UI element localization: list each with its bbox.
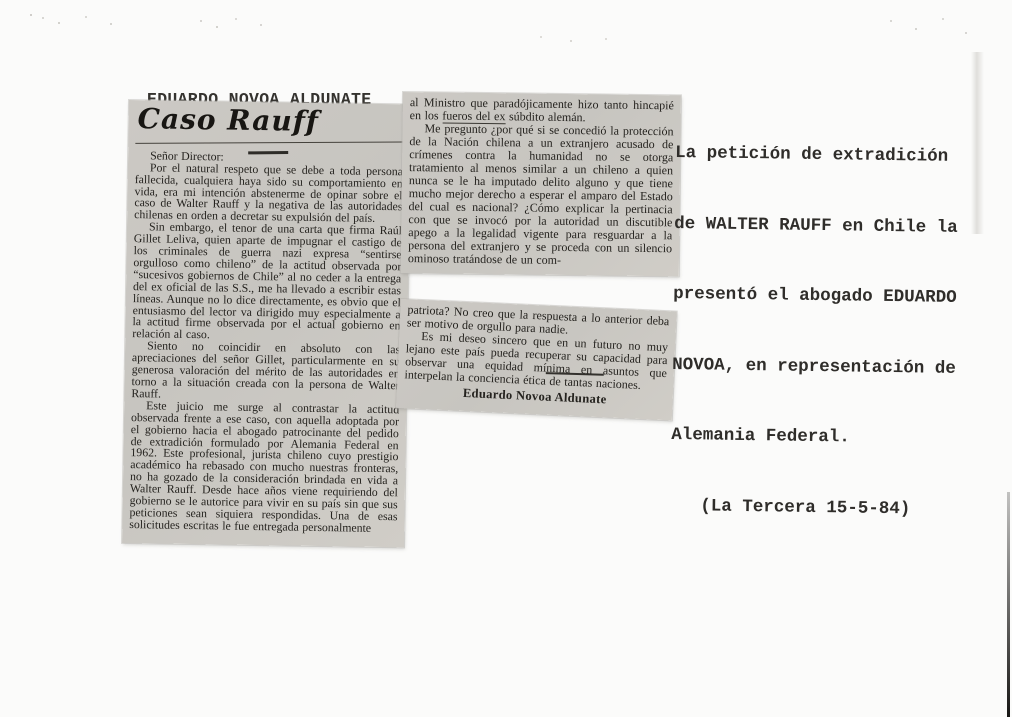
column-1-body: Señor Director: Por el natural respeto q…	[129, 150, 403, 535]
headline-rule	[135, 141, 403, 143]
clipping-column-2-upper: al Ministro que paradójicamente hizo tan…	[401, 92, 681, 276]
annotation-line-3: presentó el abogado EDUARDO	[673, 283, 989, 311]
col1-paragraph-3: Siento no coincidir en absoluto con las …	[131, 340, 400, 404]
scanned-document-page: { "header": { "name_pre": "EDUARDO ", "n…	[0, 0, 1012, 717]
annotation-line-5: Alemania Federal.	[671, 424, 987, 452]
annotation-line-4: NOVOA, en representación de	[672, 353, 988, 381]
scan-speckles	[30, 14, 32, 16]
typed-annotation: La petición de extradición de WALTER RAU…	[670, 95, 992, 546]
annotation-line-6: (La Tercera 15-5-84)	[670, 494, 986, 522]
col2-paragraph-2: Me pregunto ¿por qué si se concedió la p…	[408, 122, 674, 268]
scan-edge-line	[1007, 492, 1010, 717]
clipping-column-1: Caso Rauff Señor Director: Por el natura…	[122, 100, 411, 547]
clipping-column-2-lower: patriota? No creo que la respuesta a lo …	[396, 299, 677, 420]
annotation-line-1: La petición de extradición	[675, 142, 991, 170]
annotation-line-2: de WALTER RAUFF en Chile la	[674, 212, 990, 240]
column-2-lower-body: patriota? No creo que la respuesta a lo …	[404, 303, 669, 393]
col1-paragraph-2: Sin embargo, el tenor de una carta que f…	[132, 221, 402, 344]
clipping-headline: Caso Rauff	[137, 104, 403, 139]
col1-paragraph-4: Este juicio me surge al contrastar la ac…	[129, 400, 399, 535]
headline-rule-dark-segment	[248, 151, 288, 154]
col1-paragraph-1: Por el natural respeto que se debe a tod…	[134, 162, 403, 226]
col2-paragraph-4: Es mi deseo sincero que en un futuro no …	[404, 329, 668, 393]
column-2-upper-body: al Ministro que paradójicamente hizo tan…	[408, 96, 674, 268]
